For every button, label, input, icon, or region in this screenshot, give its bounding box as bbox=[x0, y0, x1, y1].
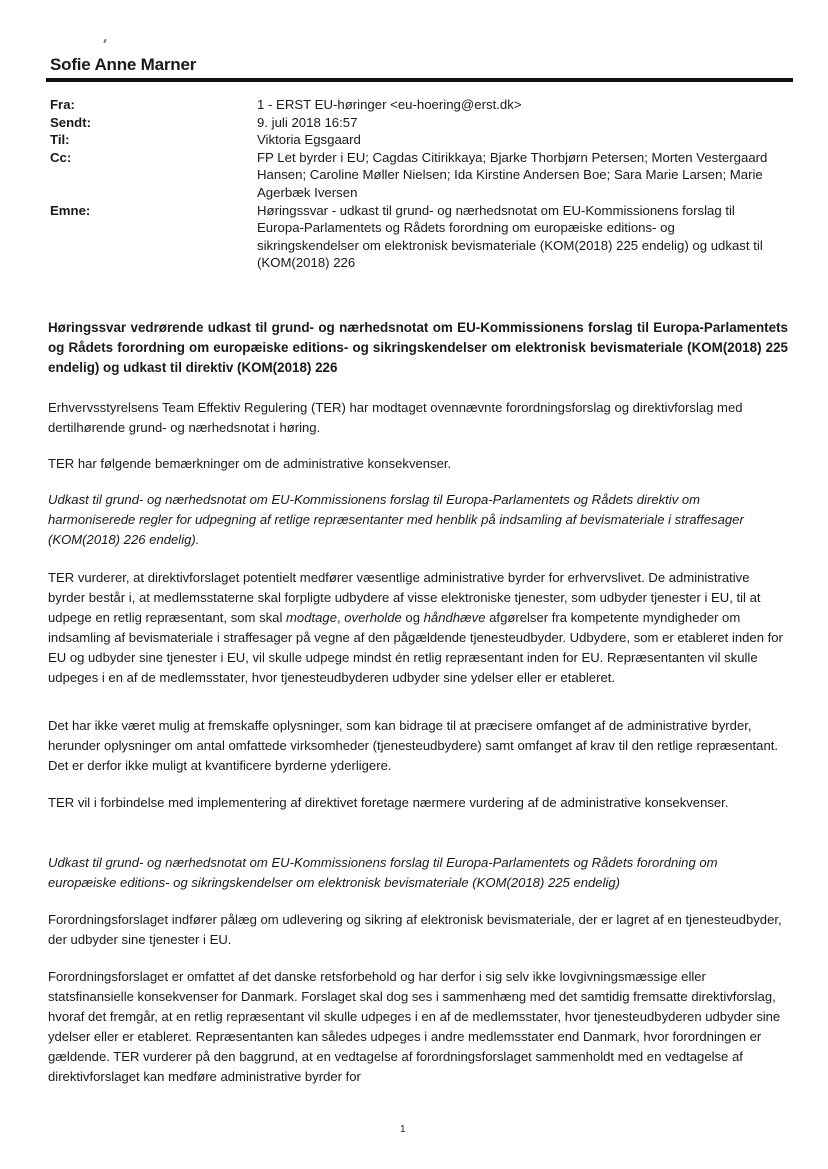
document-heading: Høringssvar vedrørende udkast til grund-… bbox=[48, 318, 788, 378]
cc-row: Cc: FP Let byrder i EU; Cagdas Citirikka… bbox=[50, 149, 770, 202]
subject-row: Emne: Høringssvar - udkast til grund- og… bbox=[50, 202, 770, 272]
cc-label: Cc: bbox=[50, 149, 257, 202]
to-value: Viktoria Egsgaard bbox=[257, 131, 770, 149]
paragraph-remarks: TER har følgende bemærkninger om de admi… bbox=[48, 454, 786, 474]
cc-value: FP Let byrder i EU; Cagdas Citirikkaya; … bbox=[257, 149, 770, 202]
to-label: Til: bbox=[50, 131, 257, 149]
emphasis-handhaeve: håndhæve bbox=[424, 610, 486, 625]
paragraph-regulation-intro: Forordningsforslaget indfører pålæg om u… bbox=[48, 910, 786, 950]
emphasis-modtage: modtage bbox=[286, 610, 337, 625]
paragraph-directive-burdens: TER vurderer, at direktivforslaget poten… bbox=[48, 568, 786, 688]
sent-row: Sendt: 9. juli 2018 16:57 bbox=[50, 114, 770, 132]
from-label: Fra: bbox=[50, 96, 257, 114]
paragraph-implementation: TER vil i forbindelse med implementering… bbox=[48, 793, 786, 813]
from-row: Fra: 1 - ERST EU-høringer <eu-hoering@er… bbox=[50, 96, 770, 114]
paragraph-no-data: Det har ikke været mulig at fremskaffe o… bbox=[48, 716, 786, 776]
header-rule bbox=[46, 78, 793, 82]
scan-speck bbox=[103, 39, 107, 43]
section-title-regulation: Udkast til grund- og nærhedsnotat om EU-… bbox=[48, 853, 786, 893]
emphasis-overholde: overholde bbox=[344, 610, 402, 625]
sender-name: Sofie Anne Marner bbox=[50, 55, 810, 75]
subject-label: Emne: bbox=[50, 202, 257, 272]
paragraph-intro: Erhvervsstyrelsens Team Effektiv Reguler… bbox=[48, 398, 786, 438]
section-title-directive: Udkast til grund- og nærhedsnotat om EU-… bbox=[48, 490, 786, 550]
to-row: Til: Viktoria Egsgaard bbox=[50, 131, 770, 149]
paragraph-regulation-effects: Forordningsforslaget er omfattet af det … bbox=[48, 967, 786, 1087]
subject-value: Høringssvar - udkast til grund- og nærhe… bbox=[257, 202, 770, 272]
email-header: Fra: 1 - ERST EU-høringer <eu-hoering@er… bbox=[50, 96, 770, 272]
from-value: 1 - ERST EU-høringer <eu-hoering@erst.dk… bbox=[257, 96, 770, 114]
text-segment: og bbox=[402, 610, 424, 625]
page-number: 1 bbox=[400, 1124, 406, 1135]
sent-value: 9. juli 2018 16:57 bbox=[257, 114, 770, 132]
sent-label: Sendt: bbox=[50, 114, 257, 132]
